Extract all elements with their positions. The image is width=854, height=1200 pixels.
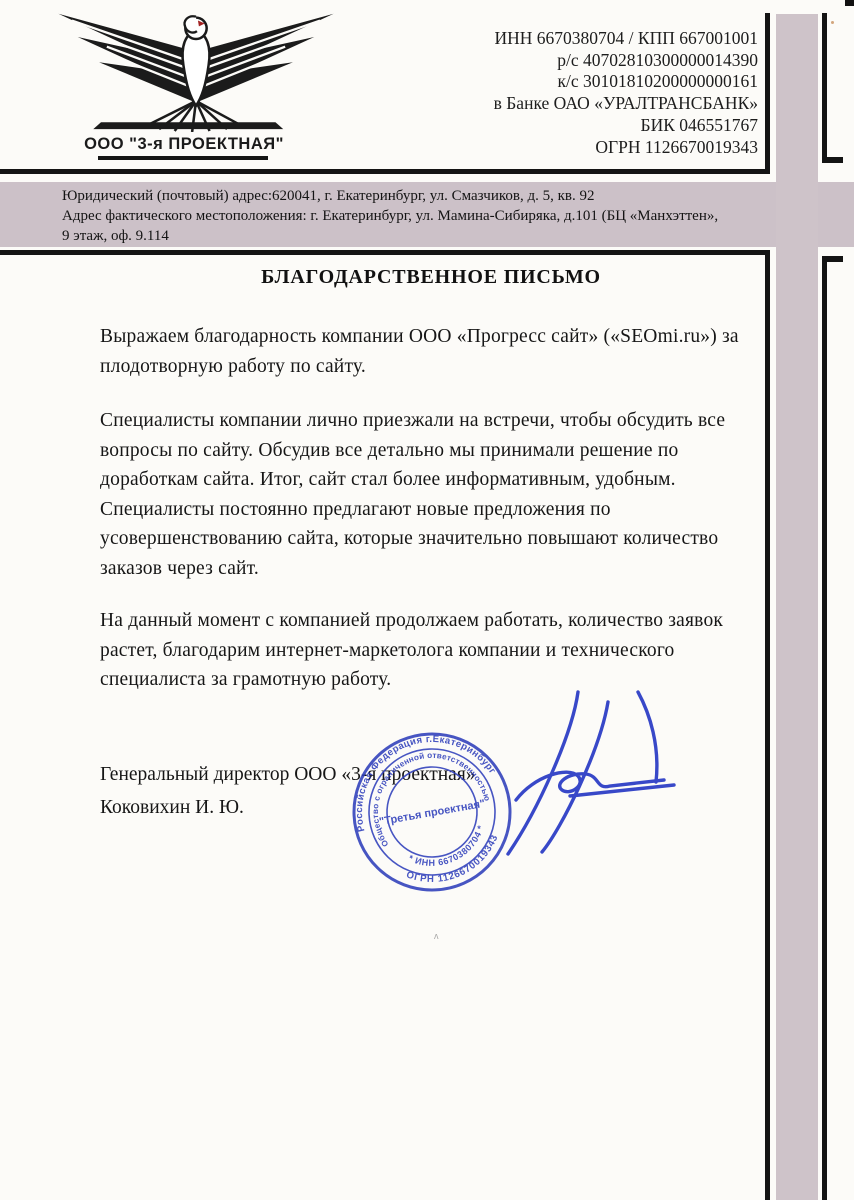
handwritten-signature [450, 680, 690, 870]
company-logo-eagle-icon [50, 6, 342, 132]
scan-speck [831, 21, 834, 24]
right-rule-inner [765, 255, 770, 1200]
header-divider-top [0, 169, 770, 174]
paragraph-details: Специалисты компании лично приезжали на … [100, 406, 768, 583]
paragraph-gratitude: Выражаем благодарность компании ООО «Про… [100, 322, 768, 381]
right-rule-outer [822, 262, 827, 1200]
bank-details-block: ИНН 6670380704 / КПП 667001001 р/с 40702… [494, 28, 758, 158]
header-divider-bottom [0, 250, 770, 255]
letter-title: БЛАГОДАРСТВЕННОЕ ПИСЬМО [100, 266, 762, 289]
right-rule-inner [765, 13, 770, 170]
right-scan-stripe [776, 14, 818, 1200]
scan-smudge: ʌ [434, 931, 439, 941]
rule-corner-stub [822, 256, 843, 262]
right-rule-outer [822, 13, 827, 163]
scanned-letter-page: ООО "3-я ПРОЕКТНАЯ" ИНН 6670380704 / КПП… [0, 0, 854, 1200]
company-name-label: ООО "3-я ПРОЕКТНАЯ" [38, 135, 330, 154]
logo-underline [98, 156, 268, 160]
scan-corner-mark [845, 0, 854, 6]
rule-corner-stub [822, 157, 843, 163]
address-text: Юридический (почтовый) адрес:620041, г. … [62, 186, 762, 246]
